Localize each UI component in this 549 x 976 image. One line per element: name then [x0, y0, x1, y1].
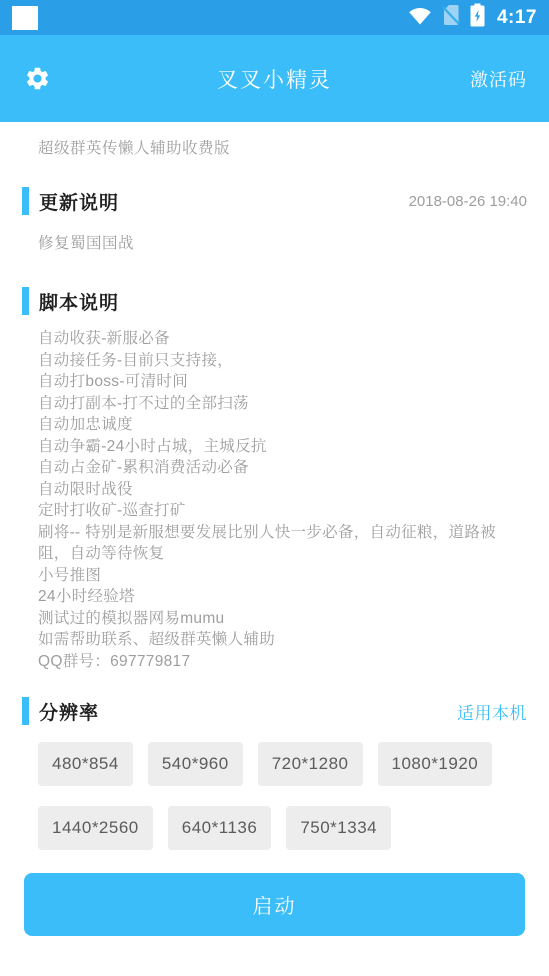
- resolution-option[interactable]: 540*960: [148, 742, 243, 786]
- status-bar: 4:17: [0, 0, 549, 35]
- content-area: 超级群英传懒人辅助收费版 更新说明 2018-08-26 19:40 修复蜀国国…: [0, 136, 549, 936]
- resolution-option[interactable]: 1080*1920: [378, 742, 493, 786]
- no-sim-icon: [441, 4, 461, 31]
- script-line: 测试过的模拟器网易mumu: [38, 608, 527, 630]
- accent-bar: [22, 287, 29, 315]
- script-section-title: 脚本说明: [39, 288, 119, 315]
- apply-device-resolution-link[interactable]: 适用本机: [457, 699, 527, 724]
- script-line: QQ群号：697779817: [38, 651, 527, 673]
- resolution-section-title: 分辨率: [39, 698, 99, 725]
- script-line: 刷将-- 特别是新服想要发展比别人快一步必备，自动征粮，道路被阻，自动等待恢复: [38, 522, 527, 565]
- update-section-title: 更新说明: [39, 188, 119, 215]
- script-line: 自动收获-新服必备: [38, 328, 527, 350]
- script-line: 自动接任务-目前只支持接，: [38, 350, 527, 372]
- script-line: 自动加忠诚度: [38, 414, 527, 436]
- script-line: 24小时经验塔: [38, 586, 527, 608]
- page-title: 叉叉小精灵: [0, 64, 549, 94]
- resolution-option[interactable]: 720*1280: [258, 742, 363, 786]
- script-line: 自动打boss-可清时间: [38, 371, 527, 393]
- script-line: 小号推图: [38, 565, 527, 587]
- resolution-options: 480*854540*960720*12801080*19201440*2560…: [38, 742, 518, 850]
- script-description: 自动收获-新服必备自动接任务-目前只支持接，自动打boss-可清时间自动打副本-…: [38, 328, 527, 672]
- app-subtitle: 超级群英传懒人辅助收费版: [38, 136, 527, 158]
- script-line: 自动占金矿-累积消费活动必备: [38, 457, 527, 479]
- resolution-option[interactable]: 480*854: [38, 742, 133, 786]
- status-time: 4:17: [497, 7, 537, 29]
- accent-bar: [22, 187, 29, 215]
- activation-code-button[interactable]: 激活码: [470, 66, 527, 92]
- resolution-option[interactable]: 640*1136: [168, 806, 272, 850]
- script-line: 定时打收矿-巡查打矿: [38, 500, 527, 522]
- resolution-section-header: 分辨率 适用本机: [22, 697, 527, 725]
- app-window: 4:17 叉叉小精灵 激活码 超级群英传懒人辅助收费版 更新说明 2018-08…: [0, 0, 549, 976]
- script-line: 自动争霸-24小时占城，主城反抗: [38, 436, 527, 458]
- update-notes: 修复蜀国国战: [38, 231, 527, 253]
- accent-bar: [22, 697, 29, 725]
- script-line: 如需帮助联系、超级群英懒人辅助: [38, 629, 527, 651]
- update-date: 2018-08-26 19:40: [409, 193, 527, 210]
- script-section-header: 脚本说明: [22, 287, 527, 315]
- start-button[interactable]: 启动: [24, 873, 525, 936]
- notification-square-icon: [12, 6, 38, 30]
- app-bar: 叉叉小精灵 激活码: [0, 35, 549, 122]
- script-line: 自动限时战役: [38, 479, 527, 501]
- resolution-option[interactable]: 1440*2560: [38, 806, 153, 850]
- wifi-icon: [408, 5, 432, 30]
- update-section-header: 更新说明 2018-08-26 19:40: [22, 187, 527, 215]
- script-line: 自动打副本-打不过的全部扫荡: [38, 393, 527, 415]
- resolution-option[interactable]: 750*1334: [286, 806, 391, 850]
- battery-charging-icon: [470, 3, 485, 32]
